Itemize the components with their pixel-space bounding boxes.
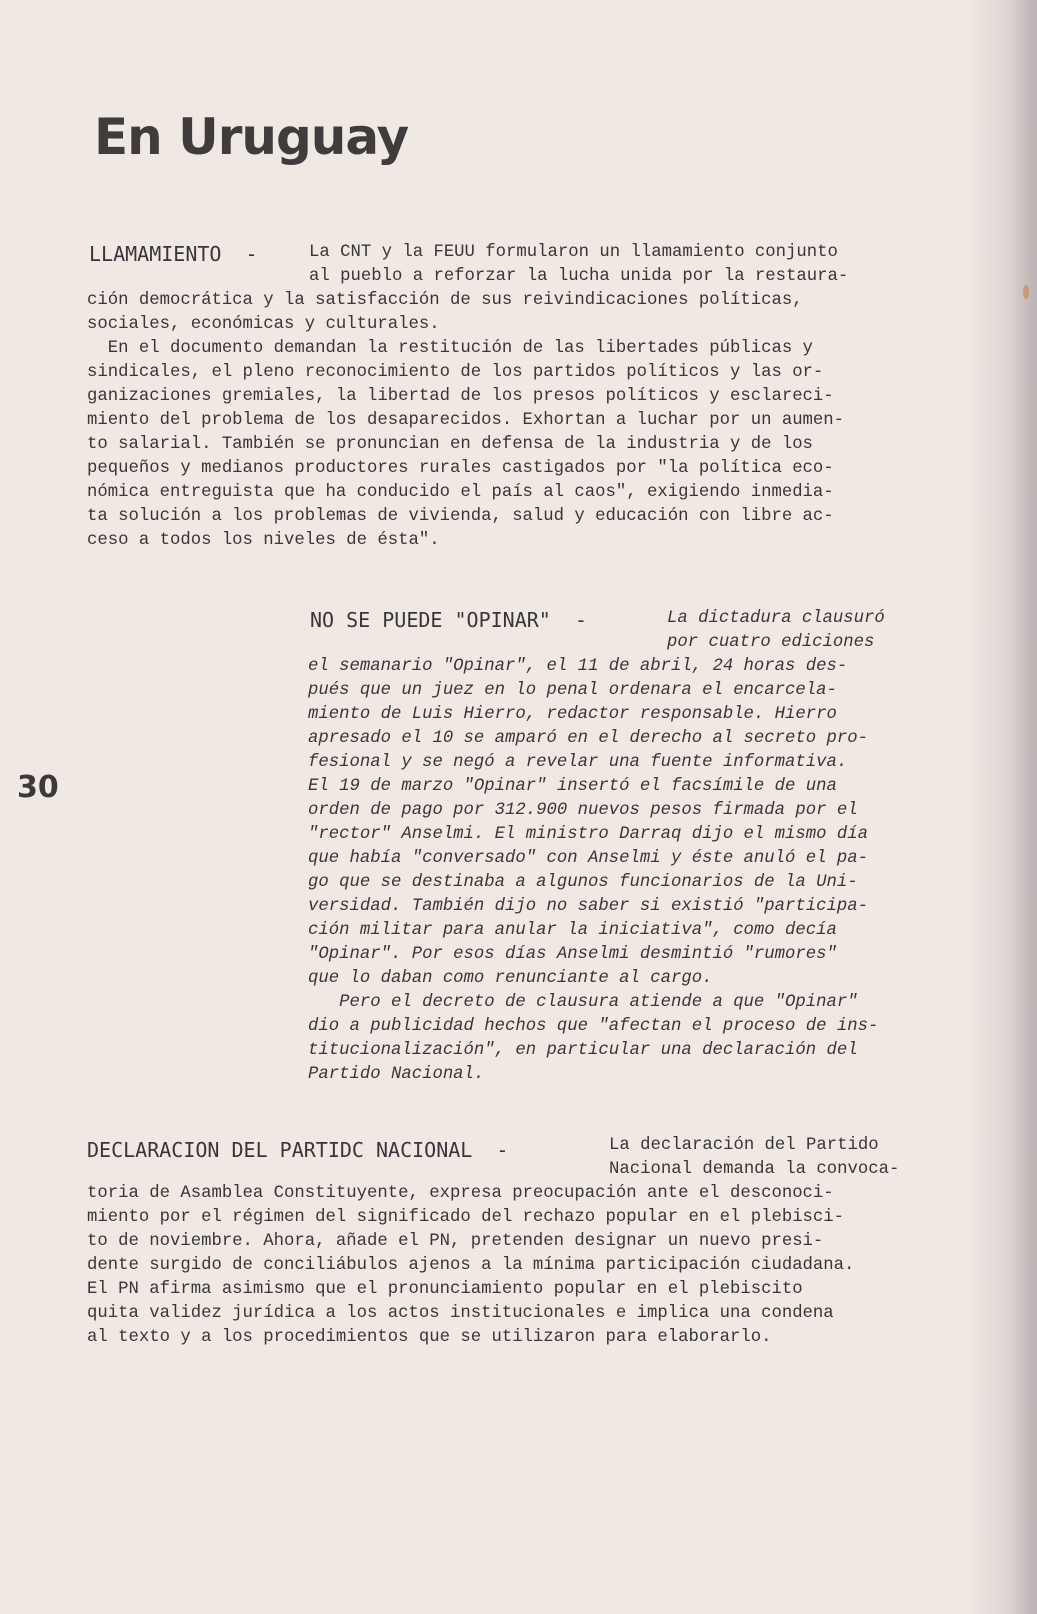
text-line: dio a publicidad hechos que "afectan el … xyxy=(308,1015,878,1039)
text-line: dente surgido de conciliábulos ajenos a … xyxy=(87,1254,854,1278)
text-line: Nacional demanda la convoca- xyxy=(609,1158,899,1182)
text-line: nómica entreguista que ha conducido el p… xyxy=(87,481,834,505)
text-line: ta solución a los problemas de vivienda,… xyxy=(87,505,834,529)
text-line: ción militar para anular la iniciativa",… xyxy=(308,919,837,943)
text-line: sociales, económicas y culturales. xyxy=(87,313,440,337)
section-heading: LLAMAMIENTO - xyxy=(89,242,258,266)
text-line: "rector" Anselmi. El ministro Darraq dij… xyxy=(308,823,868,847)
section-heading: DECLARACION DEL PARTIDC NACIONAL - xyxy=(87,1138,508,1162)
text-line: apresado el 10 se amparó en el derecho a… xyxy=(308,727,868,751)
text-line: versidad. También dijo no saber si exist… xyxy=(308,895,868,919)
text-line: sindicales, el pleno reconocimiento de l… xyxy=(87,361,823,385)
text-line: La dictadura clausuró xyxy=(667,607,885,631)
text-line: al texto y a los procedimientos que se u… xyxy=(87,1326,771,1350)
text-line: ción democrática y la satisfacción de su… xyxy=(87,289,803,313)
text-line: pués que un juez en lo penal ordenara el… xyxy=(308,679,837,703)
text-line: El 19 de marzo "Opinar" insertó el facsí… xyxy=(308,775,837,799)
text-line: ceso a todos los niveles de ésta". xyxy=(87,529,440,553)
text-line: En el documento demandan la restitución … xyxy=(87,337,813,361)
text-line: toria de Asamblea Constituyente, expresa… xyxy=(87,1182,834,1206)
text-line: Partido Nacional. xyxy=(308,1063,484,1087)
text-line: miento por el régimen del significado de… xyxy=(87,1206,844,1230)
text-line: orden de pago por 312.900 nuevos pesos f… xyxy=(308,799,858,823)
text-line: La declaración del Partido xyxy=(609,1134,879,1158)
text-line: fesional y se negó a revelar una fuente … xyxy=(308,751,847,775)
text-line: La CNT y la FEUU formularon un llamamien… xyxy=(309,241,838,265)
text-line: que lo daban como renunciante al cargo. xyxy=(308,967,712,991)
paper-stain xyxy=(1023,285,1029,299)
text-line: titucionalización", en particular una de… xyxy=(308,1039,858,1063)
page-number: 30 xyxy=(17,770,59,805)
text-line: to salarial. También se pronuncian en de… xyxy=(87,433,813,457)
text-line: ganizaciones gremiales, la libertad de l… xyxy=(87,385,834,409)
text-line: go que se destinaba a algunos funcionari… xyxy=(308,871,858,895)
text-line: Pero el decreto de clausura atiende a qu… xyxy=(308,991,858,1015)
text-line: que había "conversado" con Anselmi y ést… xyxy=(308,847,868,871)
page-edge-shadow xyxy=(967,0,1037,1614)
text-line: al pueblo a reforzar la lucha unida por … xyxy=(309,265,848,289)
text-line: to de noviembre. Ahora, añade el PN, pre… xyxy=(87,1230,823,1254)
text-line: miento de Luis Hierro, redactor responsa… xyxy=(308,703,837,727)
text-line: por cuatro ediciones xyxy=(667,631,874,655)
text-line: pequeños y medianos productores rurales … xyxy=(87,457,834,481)
text-line: quita validez jurídica a los actos insti… xyxy=(87,1302,834,1326)
text-line: El PN afirma asimismo que el pronunciami… xyxy=(87,1278,803,1302)
page-title: En Uruguay xyxy=(94,108,408,166)
text-line: el semanario "Opinar", el 11 de abril, 2… xyxy=(308,655,847,679)
text-line: "Opinar". Por esos días Anselmi desminti… xyxy=(308,943,837,967)
text-line: miento del problema de los desaparecidos… xyxy=(87,409,844,433)
section-heading: NO SE PUEDE "OPINAR" - xyxy=(310,608,587,632)
